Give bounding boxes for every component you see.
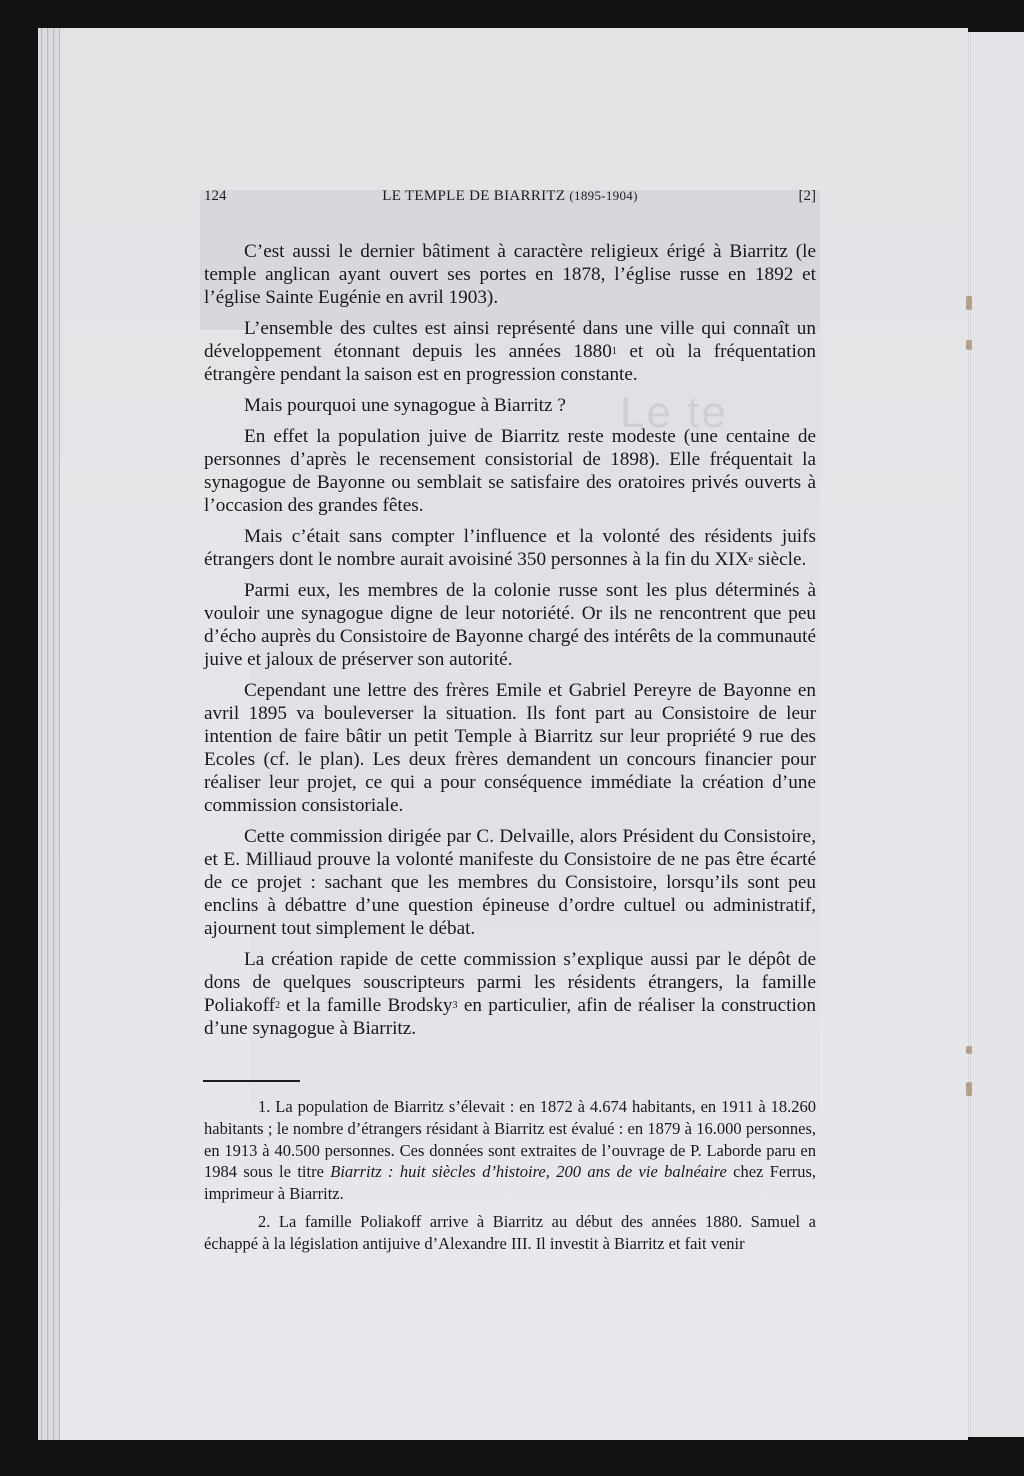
body-text: C’est aussi le dernier bâtiment à caract… [204,240,816,1048]
footnote-ref[interactable]: 2 [275,1000,280,1011]
running-title-dates: (1895-1904) [569,188,637,203]
footnote-text: La famille Poliakoff arrive à Biarritz a… [204,1212,816,1253]
footnote-2: 2. La famille Poliakoff arrive à Biarrit… [204,1211,816,1255]
paragraph: L’ensemble des cultes est ainsi représen… [204,317,816,386]
paragraph: Cette commission dirigée par C. Delvaill… [204,825,816,940]
gutter-stain [966,340,972,350]
facing-page-edge [970,32,1024,1437]
footnote-number: 1. [258,1097,270,1116]
footnote-book-title: Biarritz : huit siècles d’histoire, 200 … [330,1162,727,1181]
footnotes: 1. La population de Biarritz s’élevait :… [204,1096,816,1261]
paragraph: C’est aussi le dernier bâtiment à caract… [204,240,816,309]
footnote-ref[interactable]: 3 [453,1000,458,1011]
gutter-stain [966,1082,972,1096]
footnote-ref[interactable]: 1 [612,346,617,357]
paragraph-text: siècle. [753,549,806,570]
footnote-1: 1. La population de Biarritz s’élevait :… [204,1096,816,1205]
gutter-stain [966,1046,972,1054]
paragraph: Cependant une lettre des frères Emile et… [204,679,816,817]
running-header: 124 LE TEMPLE DE BIARRITZ (1895-1904) [2… [204,188,816,208]
ordinal-superscript: e [749,554,753,565]
paragraph: Mais pourquoi une synagogue à Biarritz ? [204,394,816,417]
paragraph: La création rapide de cette commission s… [204,948,816,1040]
running-title-main: LE TEMPLE DE BIARRITZ [382,188,569,204]
section-marker: [2] [799,188,817,205]
footnote-number: 2. [258,1212,270,1231]
footnote-separator [203,1080,300,1082]
running-title: LE TEMPLE DE BIARRITZ (1895-1904) [204,188,816,205]
paragraph: Mais c’était sans compter l’influence et… [204,525,816,571]
paragraph: Parmi eux, les membres de la colonie rus… [204,579,816,671]
paragraph-text: et la famille Brodsky [280,995,452,1016]
paragraph: En effet la population juive de Biarritz… [204,425,816,517]
page-stack-edges [38,28,60,1440]
paragraph-text: Mais c’était sans compter l’influence et… [204,526,816,570]
book-gutter [968,32,971,1437]
gutter-stain [966,296,972,310]
